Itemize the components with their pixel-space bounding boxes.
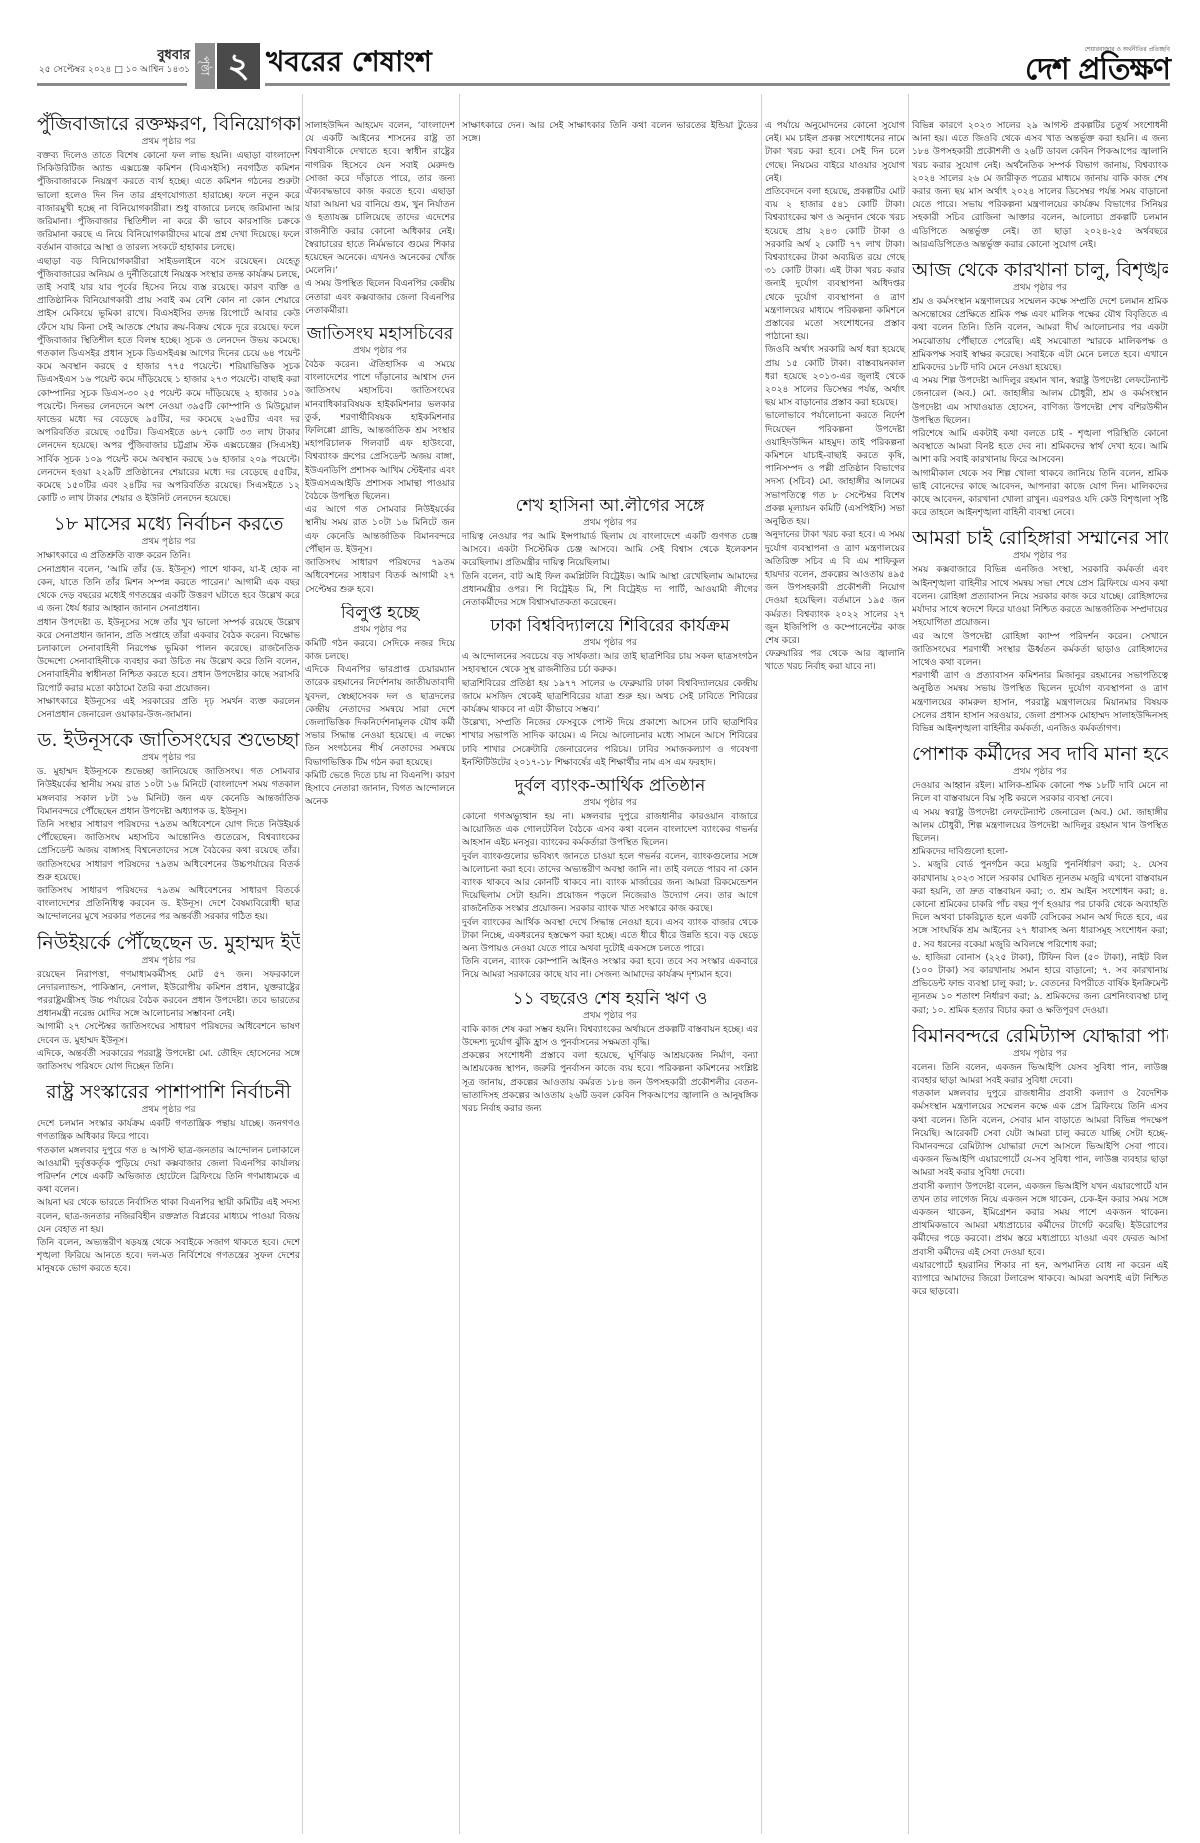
paragraph: প্রধান উপদেষ্টা ড. ইউনূসের সঙ্গে তাঁর খু… (37, 617, 300, 696)
paragraph: সাক্ষাৎকারে দেন। আর সেই সাক্ষাৎকার তিনি … (462, 120, 758, 146)
paragraph: রয়েছেন নিরাপত্তা, গণমাধ্যমকর্মীসহ মোট ৫… (37, 969, 300, 1022)
headline[interactable]: দুর্বল ব্যাংক-আর্থিক প্রতিষ্ঠান (462, 776, 758, 797)
article-salahuddin-cont: সালাহউদ্দিন আহমেদ বলেন, ‘বাংলাদেশ যে একট… (305, 120, 455, 318)
column-divider (908, 94, 909, 1834)
article-body: বিভিন্ন কারণে ২০২৩ সালের ২৯ আগস্ট প্রকল্… (912, 120, 1168, 252)
paragraph: শ্রমিকদের দাবিগুলো হলো- (912, 846, 1168, 859)
paragraph: এয়ারপোর্টে হয়রানির শিকার না হন, অপমানি… (912, 1260, 1168, 1300)
column-e: বিভিন্ন কারণে ২০২৩ সালের ২৯ আগস্ট প্রকল্… (912, 94, 1168, 1303)
paragraph: বাকি কাজ শেষ করা সম্ভব হয়নি। বিশ্বব্যাং… (462, 1024, 758, 1050)
article-body: দেশে চলমান সংস্কার কার্যক্রম একটি গণতান্… (37, 1118, 300, 1276)
paragraph: সালাহউদ্দিন আহমেদ বলেন, ‘বাংলাদেশ যে একট… (305, 120, 455, 278)
headline[interactable]: বিমানবন্দরে রেমিট্যান্স যোদ্ধারা পাবেন (912, 1024, 1168, 1048)
paragraph: প্রতিবেদনে বলা হয়েছে, প্রকল্পটির মোট ব্… (765, 186, 905, 344)
article-body: সাক্ষাৎকারে দেন। আর সেই সাক্ষাৎকার তিনি … (462, 120, 758, 490)
section-title: খবরের শেষাংশ (266, 44, 432, 80)
column-divider (302, 94, 303, 1834)
headline[interactable]: বিলুপ্ত হচ্ছে (305, 603, 455, 624)
paragraph: এ পর্যায়ে অনুমোদনের কোনো সুযোগ নেই। মম … (765, 120, 905, 186)
paragraph: ড. মুহাম্মদ ইউনূসকে শুভেচ্ছা জানিয়েছে জ… (37, 766, 300, 819)
paragraph: জাতিসংঘ সাধারণ পরিষদের ৭৯তম অধিবেশনের সা… (305, 557, 455, 597)
article-body: এ আন্দোলনের সবচেয়ে বড় সার্থকতা। আর তাই… (462, 651, 758, 770)
paragraph: সাক্ষাৎকারে ইউনূসের এই সরকারের প্রতি দৃঢ… (37, 696, 300, 722)
article-body: সময় কক্সবাজারে বিভিন্ন এনজিও সংস্থা, সর… (912, 564, 1168, 736)
paragraph: কমিটি গঠন করবে। সেদিকে নজর দিয়ে কাজ চলছ… (305, 638, 455, 664)
article-pujibazar: পুঁজিবাজারে রক্তক্ষরণ, বিনিয়োগকারীদের প… (37, 112, 300, 506)
article-body: দেওয়ার আহ্বান রইল। মালিক-শ্রমিক কোনো পক… (912, 780, 1168, 1018)
paragraph: এ সময় শিল্প উপদেষ্টা আদিলুর রহমান খান, … (912, 375, 1168, 428)
article-body: বক্তব্য দিলেও তাতে বিশেষ কোনো ফল লাভ হয়… (37, 150, 300, 506)
article-body: দায়িত্ব নেওয়ার পর আমি ইন্সপায়ার্ড ছিল… (462, 531, 758, 610)
paragraph: বিভিন্ন কারণে ২০২৩ সালের ২৯ আগস্ট প্রকল্… (912, 120, 1168, 252)
paragraph: তিনি বলেন, অভ্যন্তরীণ ষড়যন্ত্র থেকে সবা… (37, 1237, 300, 1277)
paragraph: দায়িত্ব নেওয়ার পর আমি ইন্সপায়ার্ড ছিল… (462, 531, 758, 571)
article-garments: পোশাক কর্মীদের সব দাবি মানা হবে, প্রথম প… (912, 742, 1168, 1018)
article-dhaka-univ: ঢাকা বিশ্ববিদ্যালয়ে শিবিরের কার্যক্রম প… (462, 616, 758, 770)
continued-label: প্রথম পৃষ্ঠার পর (305, 345, 455, 357)
headline[interactable]: শেখ হাসিনা আ.লীগের সঙ্গে (462, 496, 758, 517)
paragraph: দুর্বল ব্যাংকের আর্থিক অবস্থা দেখে সিদ্ধ… (462, 917, 758, 957)
article-body: বাকি কাজ শেষ করা সম্ভব হয়নি। বিশ্বব্যাং… (462, 1024, 758, 1116)
continued-label: প্রথম পৃষ্ঠার পর (37, 536, 300, 548)
paragraph: সেনাপ্রধান বলেন, ‘আমি তাঁর (ড. ইউনূস) পা… (37, 564, 300, 617)
paragraph: শ্রম ও কর্মসংস্থান মন্ত্রণালয়ের সম্মেলন… (912, 296, 1168, 375)
masthead-rule-left (37, 83, 187, 86)
column-b: সালাহউদ্দিন আহমেদ বলেন, ‘বাংলাদেশ যে একট… (305, 94, 455, 813)
issue-date-block: বুধবার ২৫ সেপ্টেম্বর ২০২৪ □ ১০ আশ্বিন ১৪… (0, 48, 190, 76)
article-weak-bank: দুর্বল ব্যাংক-আর্থিক প্রতিষ্ঠান প্রথম পৃ… (462, 776, 758, 983)
headline[interactable]: ১৮ মাসের মধ্যে নির্বাচন করতে (37, 512, 300, 536)
column-a: পুঁজিবাজারে রক্তক্ষরণ, বিনিয়োগকারীদের প… (37, 94, 300, 1281)
column-c: সাক্ষাৎকারে দেন। আর সেই সাক্ষাৎকার তিনি … (462, 94, 758, 1120)
continued-label: প্রথম পৃষ্ঠার পর (462, 637, 758, 649)
page-label: পৃষ্ঠা (195, 43, 215, 89)
paragraph: তিনি সংস্থার সাধারণ পরিষদের ৭৯তম অধিবেশন… (37, 819, 300, 885)
headline[interactable]: আজ থেকে কারখানা চালু, বিশৃঙ্খলা হলে (912, 258, 1168, 282)
continued-label: প্রথম পৃষ্ঠার পর (912, 766, 1168, 778)
article-rohingya: আমরা চাই রোহিঙ্গারা সম্মানের সাথে প্রথম … (912, 526, 1168, 736)
issue-date: ২৫ সেপ্টেম্বর ২০২৪ □ ১০ আশ্বিন ১৪৩১ (0, 64, 190, 76)
continued-label: প্রথম পৃষ্ঠার পর (912, 1048, 1168, 1060)
paragraph: প্রকল্পের সংশোধনী প্রস্তাবে বলা হয়েছে, … (462, 1050, 758, 1116)
headline[interactable]: রাষ্ট্র সংস্কারের পাশাপাশি নির্বাচনী (37, 1080, 300, 1104)
article-body: বৈঠক করেন। ঐতিহাসিক এ সময়ে বাংলাদেশের প… (305, 359, 455, 597)
paragraph: শরণার্থী ত্রাণ ও প্রত্যাবাসন কমিশনার মিজ… (912, 670, 1168, 736)
paragraph: এ সময় স্বরাষ্ট্র উপদেষ্টা লেফটেন্যান্ট … (912, 807, 1168, 847)
paragraph: অনুদানের টাকা খরচ করা হবে। এ সময় দুর্যো… (765, 529, 905, 648)
continued-label: প্রথম পৃষ্ঠার পর (37, 1104, 300, 1116)
paragraph: এদিকে, অন্তর্বর্তী সরকারের পররাষ্ট্র উপদ… (37, 1048, 300, 1074)
paragraph: এ আন্দোলনের সবচেয়ে বড় সার্থকতা। আর তাই… (462, 651, 758, 677)
article-body: রয়েছেন নিরাপত্তা, গণমাধ্যমকর্মীসহ মোট ৫… (37, 969, 300, 1075)
paragraph: কোনো গণঅভ্যুত্থান হয় না। মঙ্গলবার দুপুর… (462, 811, 758, 851)
article-election: ১৮ মাসের মধ্যে নির্বাচন করতে প্রথম পৃষ্ঠ… (37, 512, 300, 722)
paragraph: ছাত্রশিবিরের প্রতিষ্ঠা হয় ১৯৭৭ সালের ৬ … (462, 678, 758, 718)
article-reform: রাষ্ট্র সংস্কারের পাশাপাশি নির্বাচনী প্র… (37, 1080, 300, 1276)
paragraph: গতকাল মঙ্গলবার দুপুরে রাজধানীর প্রবাসী ক… (912, 1088, 1168, 1180)
paragraph: ৬. হাজিরা বোনাস (২২৫ টাকা), টিফিন বিল (৫… (912, 952, 1168, 1018)
paragraph: জাতিসংঘ সাধারণ পরিষদের ৭৯তম অধিবেশনের সা… (37, 885, 300, 925)
paragraph: দুর্বল ব্যাংকগুলোর ভবিষ্যৎ জানতে চাওয়া … (462, 851, 758, 917)
continued-label: প্রথম পৃষ্ঠার পর (37, 136, 300, 148)
column-d: এ পর্যায়ে অনুমোদনের কোনো সুযোগ নেই। মম … (765, 94, 905, 679)
paragraph: এছাড়া বড় বিনিয়োগকারীরা সাইডলাইনে বসে … (37, 256, 300, 507)
paragraph: এদিকে বিএনপির ভারপ্রাপ্ত চেয়ারম্যান তার… (305, 664, 455, 770)
paragraph: সময় কক্সবাজারে বিভিন্ন এনজিও সংস্থা, সর… (912, 564, 1168, 630)
paragraph: আয়না ঘর থেকে ভারতে নির্বাসিত থাকা বিএনপ… (37, 1197, 300, 1237)
paragraph: দেশে চলমান সংস্কার কার্যক্রম একটি গণতান্… (37, 1118, 300, 1144)
continued-label: প্রথম পৃষ্ঠার পর (462, 797, 758, 809)
headline[interactable]: পোশাক কর্মীদের সব দাবি মানা হবে, (912, 742, 1168, 766)
paragraph: বক্তব্য দিলেও তাতে বিশেষ কোনো ফল লাভ হয়… (37, 150, 300, 256)
paragraph: গতকাল মঙ্গলবার দুপুরে গত ৪ আগস্ট ছাত্র-জ… (37, 1145, 300, 1198)
headline[interactable]: নিউইয়র্কে পৌঁছেছেন ড. মুহাম্মদ ইউনূস (37, 931, 300, 955)
paragraph: প্রবাসী কল্যাণ উপদেষ্টা বলেন, একজন ভিআইপ… (912, 1181, 1168, 1260)
paragraph: এর আগে উপদেষ্টা রোহিঙ্গা ক্যাম্প পরিদর্শ… (912, 631, 1168, 671)
article-project-cont: বিভিন্ন কারণে ২০২৩ সালের ২৯ আগস্ট প্রকল্… (912, 120, 1168, 252)
article-body: সালাহউদ্দিন আহমেদ বলেন, ‘বাংলাদেশ যে একট… (305, 120, 455, 318)
paragraph: আগামীকাল থেকে সব শিল্প খোলা থাকবে জানিয়… (912, 468, 1168, 521)
continued-label: প্রথম পৃষ্ঠার পর (37, 955, 300, 967)
paragraph: বলেন। তিনি বলেন, একজন ভিআইপি যেসব সুবিধা… (912, 1062, 1168, 1088)
column-divider (459, 94, 460, 1834)
continued-label: প্রথম পৃষ্ঠার পর (912, 550, 1168, 562)
headline[interactable]: পুঁজিবাজারে রক্তক্ষরণ, বিনিয়োগকারীদের (37, 112, 300, 136)
paragraph: উল্লেখ্য, সম্প্রতি নিজের ফেসবুকে পোস্ট দ… (462, 717, 758, 770)
paragraph: এ সময় উপস্থিত ছিলেন বিএনপির কেন্দ্রীয় … (305, 278, 455, 318)
article-hasina: সাক্ষাৎকারে দেন। আর সেই সাক্ষাৎকার তিনি … (462, 120, 758, 610)
continued-label: প্রথম পৃষ্ঠার পর (305, 624, 455, 636)
article-un-secretary: জাতিসংঘ মহাসচিবের প্রথম পৃষ্ঠার পর বৈঠক … (305, 324, 455, 597)
article-biluptu: বিলুপ্ত হচ্ছে প্রথম পৃষ্ঠার পর কমিটি গঠন… (305, 603, 455, 810)
issue-day: বুধবার (0, 48, 190, 64)
article-un-greeting: ড. ইউনূসকে জাতিসংঘের শুভেচ্ছা প্রথম পৃষ্… (37, 728, 300, 924)
article-newyork: নিউইয়র্কে পৌঁছেছেন ড. মুহাম্মদ ইউনূস প্… (37, 931, 300, 1075)
headline[interactable]: ১১ বছরেও শেষ হয়নি ঋণ ও (462, 989, 758, 1010)
continued-label: প্রথম পৃষ্ঠার পর (462, 1010, 758, 1022)
article-loan-cont: এ পর্যায়ে অনুমোদনের কোনো সুযোগ নেই। মম … (765, 120, 905, 675)
paragraph: ফেব্রুয়ারির পর থেকে আর জ্বালানি খাতে খর… (765, 648, 905, 674)
paragraph: কমিটি ভেঙে দিতে চায় না বিএনপি। কারণ হিস… (305, 770, 455, 810)
paragraph: দেওয়ার আহ্বান রইল। মালিক-শ্রমিক কোনো পক… (912, 780, 1168, 806)
paragraph: তিনি বলেন, বাট আই ফিল কমপ্লিটলি বিট্রেইড… (462, 571, 758, 611)
paragraph: আগামী ২৭ সেপ্টেম্বর জাতিসংঘের সাধারণ পরি… (37, 1021, 300, 1047)
paragraph: ভালোভাবে পর্যালোচনা করতে নির্দেশ দিয়েছে… (765, 410, 905, 529)
page-number: ২ (217, 43, 260, 89)
article-body: বলেন। তিনি বলেন, একজন ভিআইপি যেসব সুবিধা… (912, 1062, 1168, 1300)
headline[interactable]: ড. ইউনূসকে জাতিসংঘের শুভেচ্ছা (37, 728, 300, 752)
paragraph: তিনি বলেন, ব্যাংক কোম্পানি আইনও সংস্কার … (462, 956, 758, 982)
headline[interactable]: আমরা চাই রোহিঙ্গারা সম্মানের সাথে (912, 526, 1168, 550)
paragraph: বৈঠক করেন। ঐতিহাসিক এ সময়ে বাংলাদেশের প… (305, 359, 455, 504)
newspaper-logo: শেয়ারবাজার ও অর্থনীতির প্রতিচ্ছবি দেশ প… (1025, 46, 1170, 86)
masthead: বুধবার ২৫ সেপ্টেম্বর ২০২৪ □ ১০ আশ্বিন ১৪… (0, 0, 1200, 86)
paragraph: ১. মজুরি বোর্ড পুনর্গঠন করে মজুরি পুনর্ন… (912, 859, 1168, 951)
article-remittance: বিমানবন্দরে রেমিট্যান্স যোদ্ধারা পাবেন প… (912, 1024, 1168, 1300)
article-body: কোনো গণঅভ্যুত্থান হয় না। মঙ্গলবার দুপুর… (462, 811, 758, 983)
continued-label: প্রথম পৃষ্ঠার পর (912, 282, 1168, 294)
logo-brand: দেশ প্রতিক্ষণ (1025, 54, 1170, 86)
article-body: শ্রম ও কর্মসংস্থান মন্ত্রণালয়ের সম্মেলন… (912, 296, 1168, 520)
paragraph: পরিশেষে আমি একটাই কথা বলতে চাই - শৃঙ্খলা… (912, 428, 1168, 468)
article-body: সাক্ষাৎকারে এ প্রতিশ্রুতি ব্যক্ত করেন তি… (37, 550, 300, 722)
headline[interactable]: ঢাকা বিশ্ববিদ্যালয়ে শিবিরের কার্যক্রম (462, 616, 758, 637)
article-body: কমিটি গঠন করবে। সেদিকে নজর দিয়ে কাজ চলছ… (305, 638, 455, 810)
continued-label: প্রথম পৃষ্ঠার পর (462, 517, 758, 529)
column-divider (761, 94, 762, 1834)
article-factory: আজ থেকে কারখানা চালু, বিশৃঙ্খলা হলে প্রথ… (912, 258, 1168, 520)
paragraph: সাক্ষাৎকারে এ প্রতিশ্রুতি ব্যক্ত করেন তি… (37, 550, 300, 563)
article-loan: ১১ বছরেও শেষ হয়নি ঋণ ও প্রথম পৃষ্ঠার পর… (462, 989, 758, 1116)
paragraph: জিওবি অর্থাৎ সরকারি অর্থ ধরা হয়েছে প্রা… (765, 344, 905, 410)
article-body: এ পর্যায়ে অনুমোদনের কোনো সুযোগ নেই। মম … (765, 120, 905, 675)
continued-label: প্রথম পৃষ্ঠার পর (37, 752, 300, 764)
paragraph: এর আগে গত সোমবার নিউইয়র্কের স্থানীয় সম… (305, 504, 455, 557)
headline[interactable]: জাতিসংঘ মহাসচিবের (305, 324, 455, 345)
article-body: ড. মুহাম্মদ ইউনূসকে শুভেচ্ছা জানিয়েছে জ… (37, 766, 300, 924)
